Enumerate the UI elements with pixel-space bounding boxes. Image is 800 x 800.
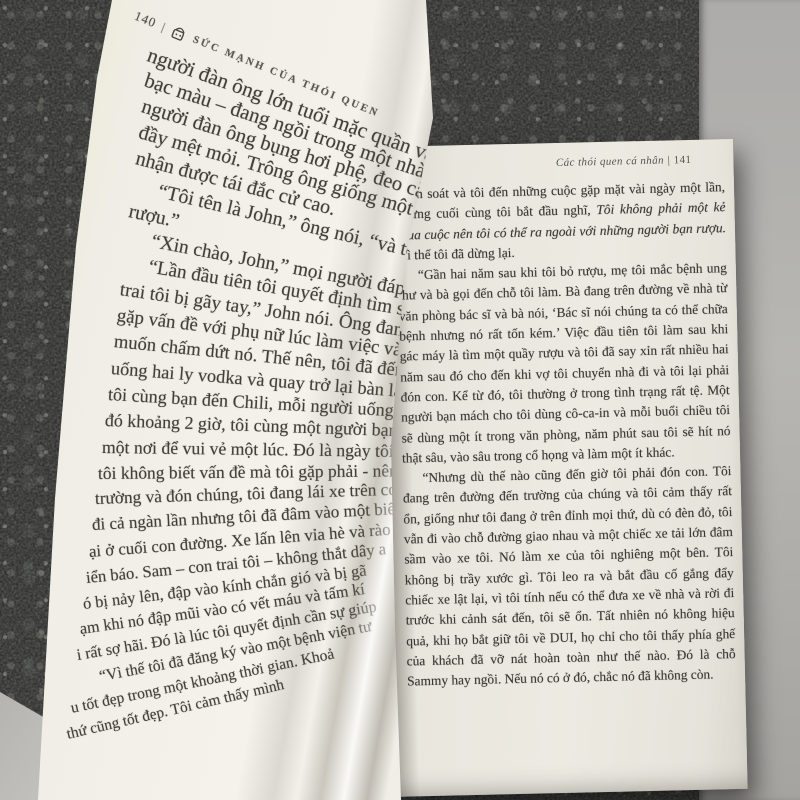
- paragraph: kiểm soát và tôi đến những cuộc gặp mặt …: [396, 177, 727, 266]
- page-number: 140: [132, 8, 159, 31]
- header-divider: |: [160, 20, 168, 35]
- right-page-text: kiểm soát và tôi đến những cuộc gặp mặt …: [396, 177, 736, 692]
- right-running-header: Các thói quen cá nhân | 141: [556, 154, 692, 169]
- paragraph: “Gần hai năm sau khi tôi bỏ rượu, mẹ tôi…: [398, 258, 732, 468]
- chapter-ornament-icon: [168, 23, 189, 43]
- left-page-line: một nơi để vui vẻ một lúc. Đó là ngày tô…: [101, 437, 441, 462]
- body-text: “Gần hai năm sau khi tôi bỏ rượu, mẹ tôi…: [398, 260, 730, 465]
- body-text: Vì thế tôi đã dừng lại.: [397, 245, 515, 263]
- paragraph: “Nhưng dù thế nào cũng đến giờ tôi phải …: [402, 461, 736, 692]
- book-page-right: Các thói quen cá nhân | 141 kiểm soát và…: [379, 139, 748, 797]
- chapter-title: Các thói quen cá nhân: [556, 155, 664, 169]
- page-number: 141: [674, 154, 692, 166]
- book-photo: Các thói quen cá nhân | 141 kiểm soát và…: [0, 0, 800, 800]
- body-text: “Nhưng dù thế nào cũng đến giờ tôi phải …: [403, 463, 736, 688]
